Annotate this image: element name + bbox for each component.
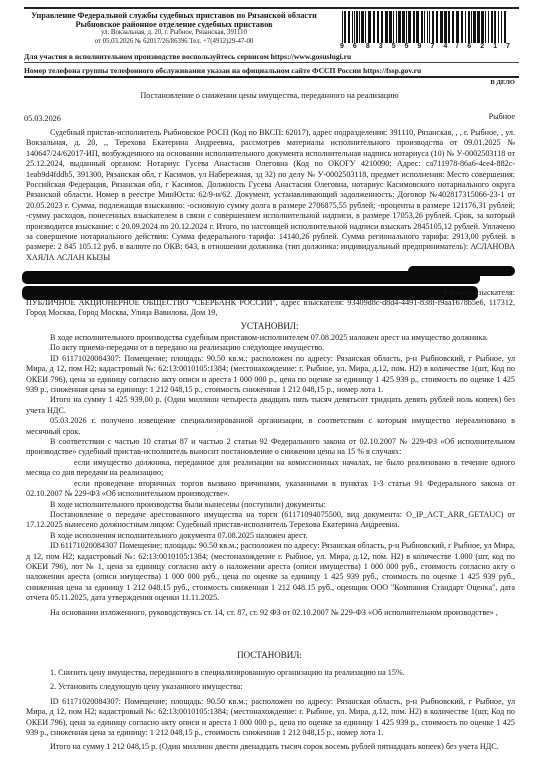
established-paragraph: 05.03.2026 г. получено извещение специал… <box>26 416 515 437</box>
resolved-item: ID 61171020084307: Помещение; площадь: 9… <box>26 697 515 739</box>
barcode-number: 968355974/6217 <box>340 43 510 50</box>
established-section: В ходе исполнительного производства суде… <box>26 333 515 618</box>
established-paragraph: В соответствии с частью 10 статьи 87 и ч… <box>26 437 515 458</box>
header-top-rule <box>24 7 519 9</box>
established-heading: УСТАНОВИЛ: <box>0 321 539 331</box>
barcode-icon <box>340 11 510 43</box>
barcode-digit: 5 <box>392 43 396 50</box>
barcode-digit: 8 <box>366 43 370 50</box>
document-title: Постановление о снижении цены имущества,… <box>0 91 539 100</box>
barcode-digit: 4 <box>443 43 447 50</box>
established-paragraph: На основании изложенного, руководствуясь… <box>26 608 515 618</box>
document-date: 05.03.2026 <box>24 114 61 123</box>
resolved-heading: ПОСТАНОВИЛ: <box>0 650 539 660</box>
org-address: ул. Вокзальная, д. 20, г. Рыбное, Рязанс… <box>24 29 324 38</box>
org-department: Рыбновское районное отделение судебных п… <box>24 21 324 30</box>
document-page: Управление Федеральной службы судебных п… <box>0 0 539 767</box>
barcode-digit: 7 <box>430 43 434 50</box>
barcode-digit: / <box>456 43 458 50</box>
creditor-section: ПУБЛИЧНОЕ АКЦИОНЕРНОЕ ОБЩЕСТВО "СБЕРБАНК… <box>26 298 515 319</box>
intro-section: Судебный пристав-исполнитель Рыбновское … <box>26 128 515 263</box>
gosuslugi-notice: Для участия в исполнительном производств… <box>24 52 351 61</box>
phone-notice: Номер телефона группы телефонного обслуж… <box>24 66 421 75</box>
established-paragraph: По акту приема-передачи от в передано на… <box>26 343 515 353</box>
established-paragraph: В ходе исполнения исполнительного докуме… <box>26 531 515 541</box>
barcode-digit: 9 <box>418 43 422 50</box>
in-favor-section: в пользу взыскателя: <box>26 288 515 298</box>
resolved-item: 2. Установить следующую цену указанного … <box>26 682 515 692</box>
barcode-digit: 2 <box>480 43 484 50</box>
established-paragraph: В ходе исполнительного производства суде… <box>26 333 515 343</box>
established-paragraph: если проведение вторичных торгов вызвано… <box>26 479 515 500</box>
established-paragraph: Итого на сумму 1 425 939,00 р. (Один мил… <box>26 395 515 416</box>
barcode-digit: 1 <box>493 43 497 50</box>
header-divider <box>24 62 519 63</box>
intro-paragraph: Судебный пристав-исполнитель Рыбновское … <box>26 128 515 263</box>
barcode-digit: 9 <box>340 43 344 50</box>
header-divider <box>24 76 519 78</box>
established-paragraph: ID 61171020084307 Помещение; площадь: 90… <box>26 541 515 603</box>
resolved-item: 1. Снизить цену имущества, переданного в… <box>26 668 515 678</box>
barcode-digit: 7 <box>506 43 510 50</box>
creditor-details: ПУБЛИЧНОЕ АКЦИОНЕРНОЕ ОБЩЕСТВО "СБЕРБАНК… <box>26 298 515 319</box>
established-paragraph: ID 61171020084307: Помещение; площадь: 9… <box>26 354 515 396</box>
document-place: Рыбное <box>489 112 515 121</box>
org-reference: от 05.03.2026 № 62017/26/86396 Тел. +7(4… <box>24 38 324 47</box>
established-paragraph: В ходе исполнительного производства были… <box>26 500 515 510</box>
resolved-item: Итого на сумму 1 212 048,15 р. (Один мил… <box>26 742 515 752</box>
barcode-digit: 6 <box>467 43 471 50</box>
barcode-digit: 5 <box>405 43 409 50</box>
in-favor-label: в пользу взыскателя: <box>26 288 515 298</box>
established-paragraph: Постановление о передаче арестованного и… <box>26 510 515 531</box>
barcode-digit: 3 <box>379 43 383 50</box>
barcode-digit: 6 <box>353 43 357 50</box>
stamp-v-delo: В ДЕЛО <box>490 79 515 86</box>
redaction-bar <box>22 271 480 284</box>
established-paragraph: если имущество должника, переданное для … <box>26 458 515 479</box>
resolved-section: 1. Снизить цену имущества, переданного в… <box>26 668 515 753</box>
header-organization: Управление Федеральной службы судебных п… <box>24 12 324 46</box>
